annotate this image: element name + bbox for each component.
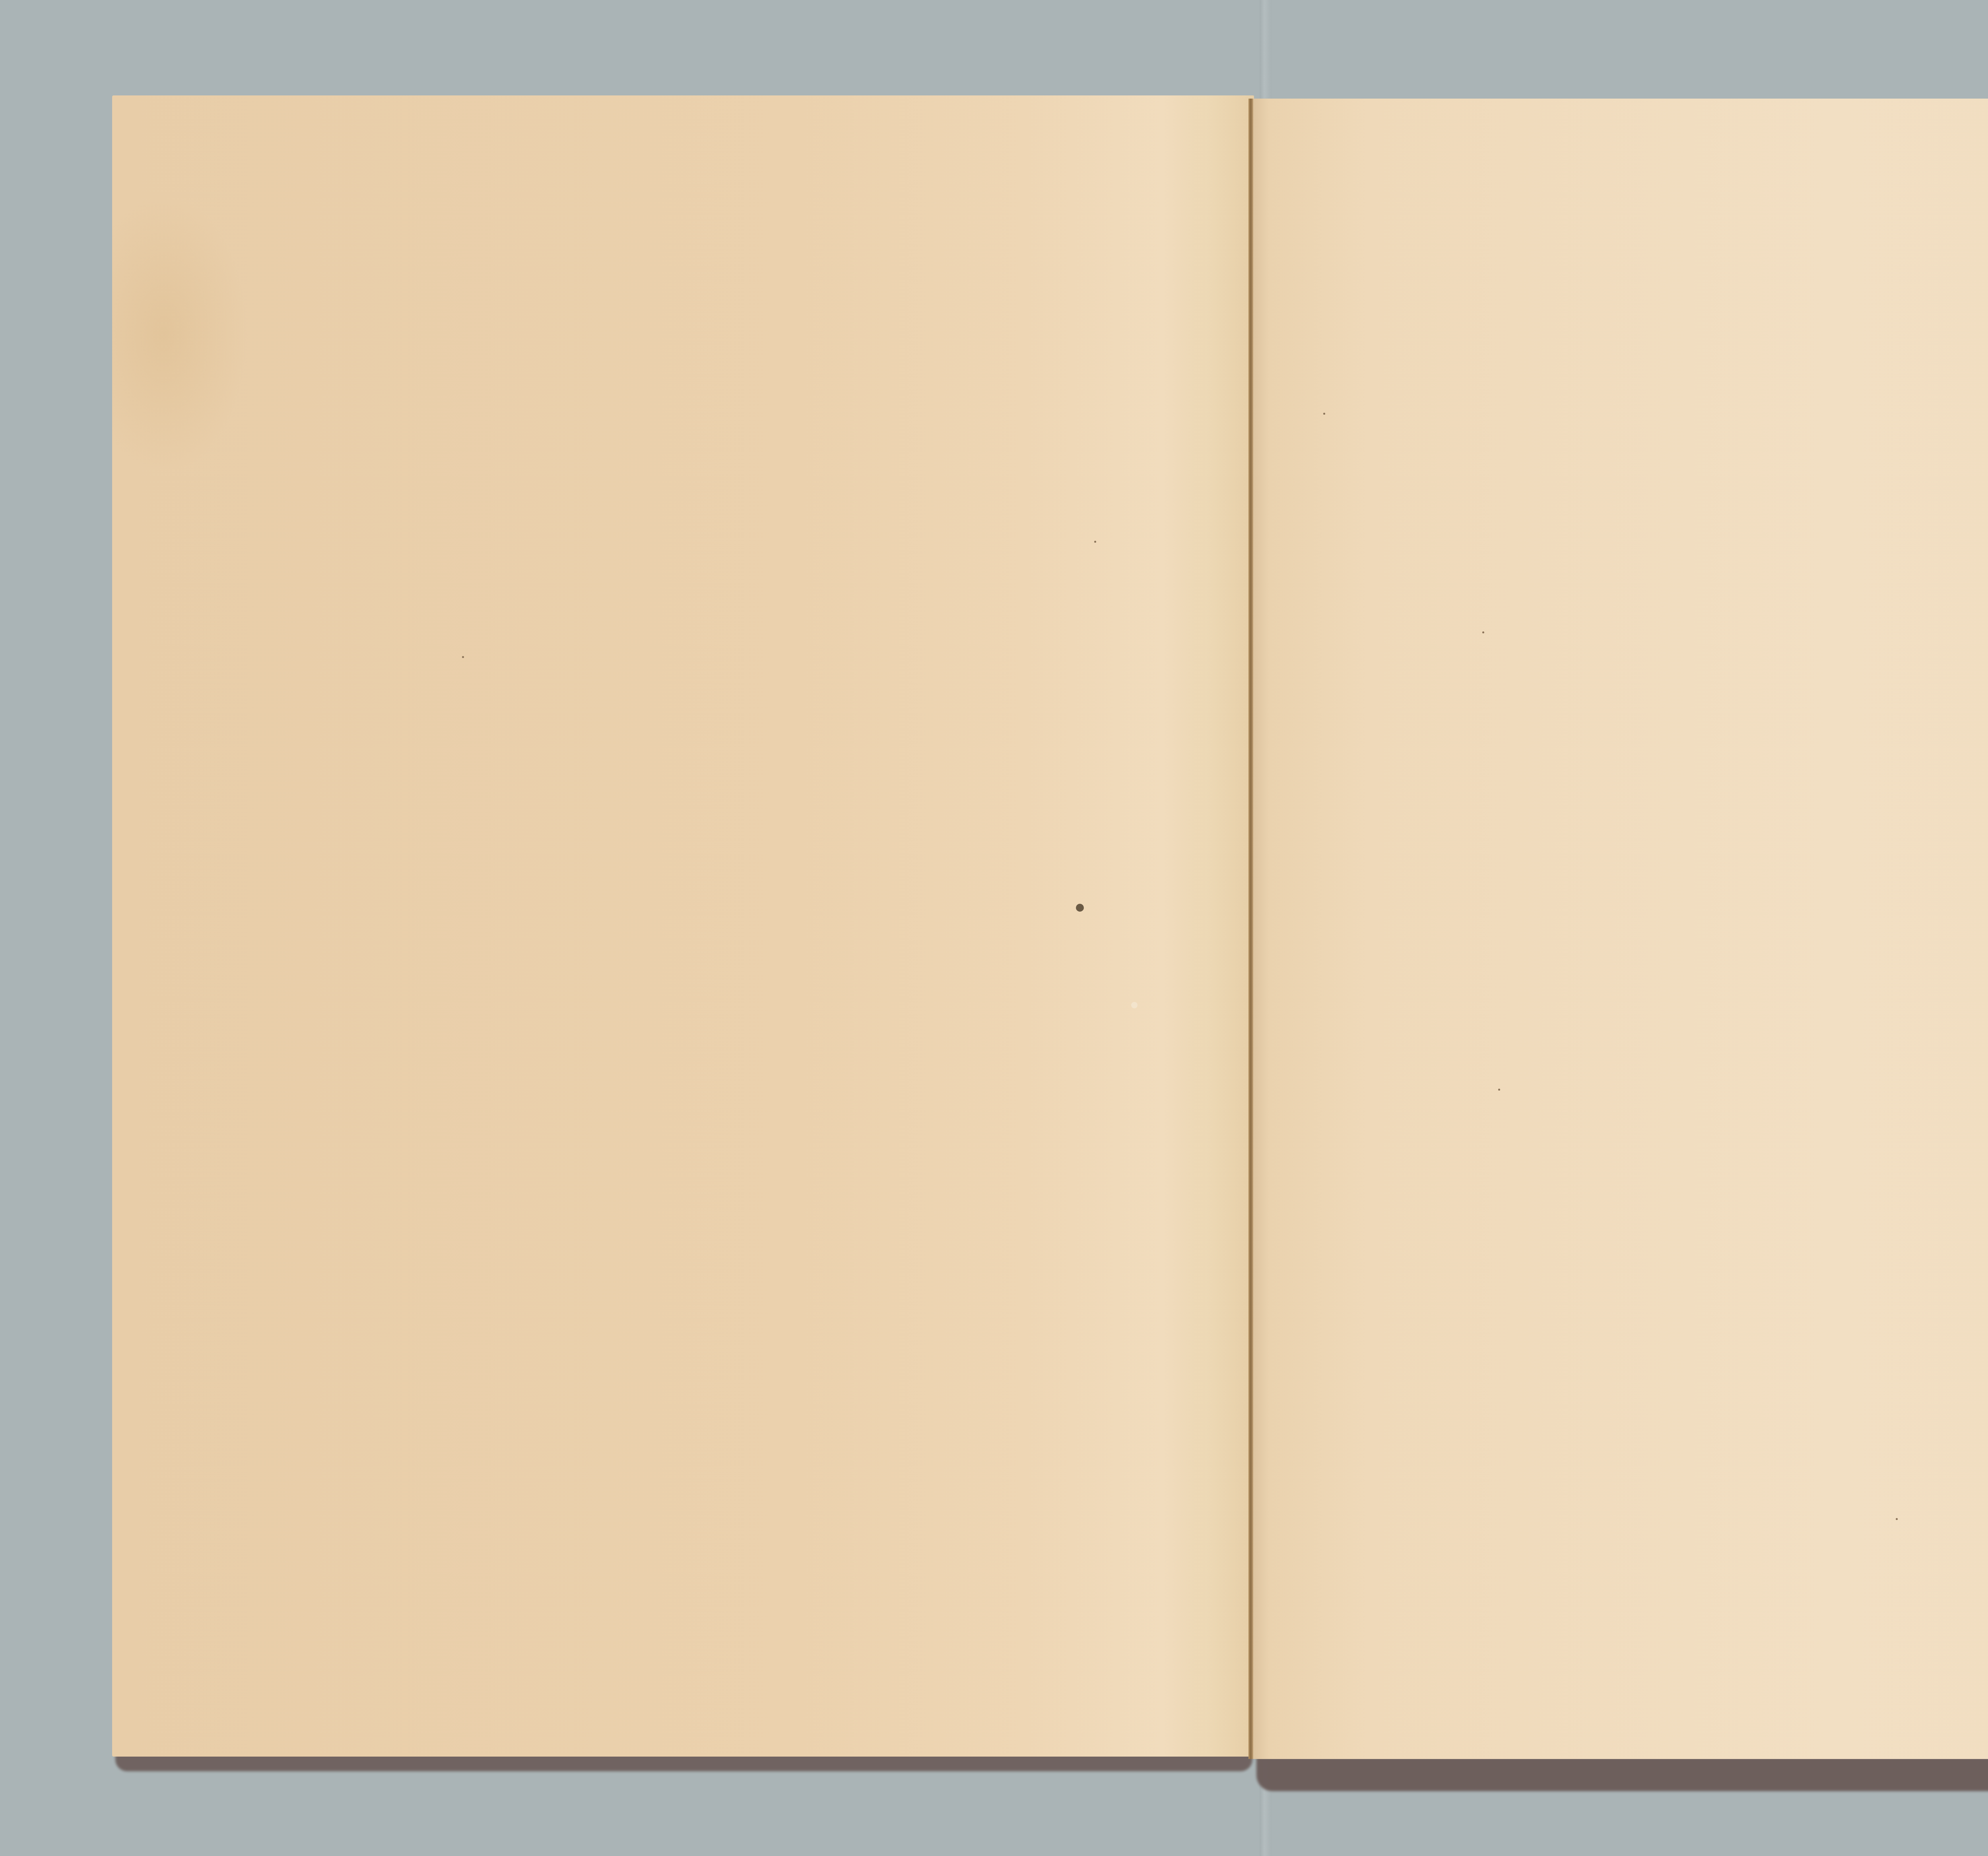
- right-page: [1252, 99, 1988, 1759]
- left-page: [112, 95, 1254, 1757]
- paper-speck: [1482, 631, 1484, 633]
- book-gutter: [1248, 99, 1253, 1759]
- paper-speck: [1094, 541, 1096, 543]
- paper-fleck: [1131, 1002, 1138, 1008]
- right-page-shadow: [1256, 1757, 1988, 1791]
- paper-speck: [1896, 1518, 1898, 1520]
- left-page-gutter-band: [1175, 95, 1254, 1757]
- paper-speck: [1323, 413, 1325, 415]
- ink-speck: [1076, 904, 1084, 912]
- paper-speck: [1498, 1089, 1500, 1091]
- paper-speck: [462, 656, 464, 658]
